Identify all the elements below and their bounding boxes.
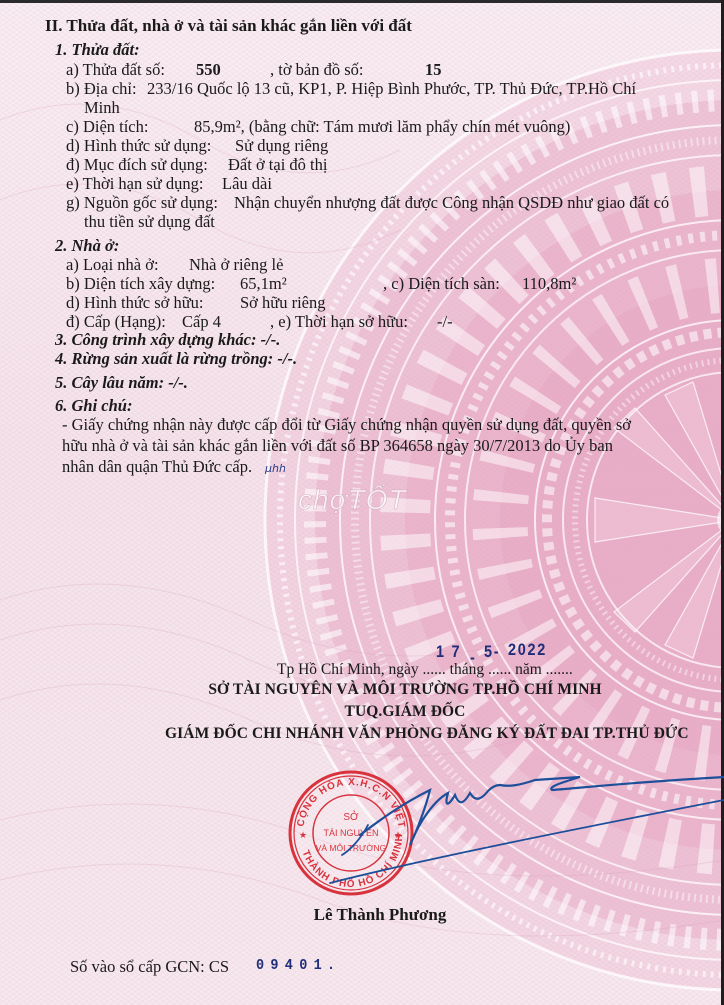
grade-value: Cấp 4 bbox=[182, 312, 221, 332]
area-value: 85,9m², (bằng chữ: Tám mươi lăm phẩy chí… bbox=[194, 117, 570, 137]
other-construction: 3. Công trình xây dựng khác: -/-. bbox=[55, 330, 280, 350]
map-sheet-number: 15 bbox=[425, 60, 442, 80]
production-forest: 4. Rừng sản xuất là rừng trồng: -/-. bbox=[55, 349, 297, 369]
stamped-month: 5- bbox=[484, 642, 500, 662]
stamped-day: 1 7 bbox=[436, 642, 461, 662]
grade-label: đ) Cấp (Hạng): bbox=[66, 312, 166, 332]
section-title: II. Thửa đất, nhà ở và tài sản khác gắn … bbox=[45, 16, 412, 36]
notes-heading: 6. Ghi chú: bbox=[55, 396, 132, 416]
on-behalf-title: TUQ.GIÁM ĐỐC bbox=[160, 702, 650, 722]
built-area-label: b) Diện tích xây dựng: bbox=[66, 274, 215, 294]
perennial-trees: 5. Cây lâu năm: -/-. bbox=[55, 373, 188, 393]
signer-name: Lê Thành Phương bbox=[300, 905, 460, 925]
signature bbox=[320, 765, 724, 895]
parcel-number: 550 bbox=[196, 60, 221, 80]
purpose-label: đ) Mục đích sử dụng: bbox=[66, 155, 208, 175]
address-line2: Minh bbox=[84, 98, 120, 118]
stamped-year: 2022 bbox=[508, 640, 547, 660]
floor-area-value: 110,8m² bbox=[522, 274, 576, 294]
origin-label: g) Nguồn gốc sử dụng: bbox=[66, 193, 218, 213]
handwritten-initials: µhh bbox=[265, 462, 286, 475]
term-label: e) Thời hạn sử dụng: bbox=[66, 174, 203, 194]
issuing-agency: SỞ TÀI NGUYÊN VÀ MÔI TRƯỜNG TP.HỒ CHÍ MI… bbox=[160, 680, 650, 700]
house-type-label: a) Loại nhà ở: bbox=[66, 255, 159, 275]
ownership-label: d) Hình thức sở hữu: bbox=[66, 293, 204, 313]
ownership-term-value: -/- bbox=[437, 312, 453, 332]
notes-line1: - Giấy chứng nhận này được cấp đổi từ Gi… bbox=[62, 415, 631, 435]
usage-form-value: Sử dụng riêng bbox=[235, 136, 328, 156]
ownership-term-label: , e) Thời hạn sở hữu: bbox=[270, 312, 408, 332]
land-heading: 1. Thửa đất: bbox=[55, 40, 140, 60]
built-area-value: 65,1m² bbox=[240, 274, 287, 294]
signer-position: GIÁM ĐỐC CHI NHÁNH VĂN PHÒNG ĐĂNG KÝ ĐẤT… bbox=[165, 724, 689, 744]
parcel-label: a) Thửa đất số: bbox=[66, 60, 165, 80]
area-label: c) Diện tích: bbox=[66, 117, 148, 137]
house-heading: 2. Nhà ở: bbox=[55, 236, 119, 256]
floor-area-label: , c) Diện tích sàn: bbox=[383, 274, 500, 294]
usage-form-label: d) Hình thức sử dụng: bbox=[66, 136, 211, 156]
svg-text:★: ★ bbox=[299, 830, 307, 840]
address-line1: 233/16 Quốc lộ 13 cũ, KP1, P. Hiệp Bình … bbox=[147, 79, 636, 99]
chotot-watermark: chợTỐT bbox=[298, 484, 406, 516]
house-type-value: Nhà ở riêng lẻ bbox=[189, 255, 283, 275]
notes-line2: hữu nhà ở và tài sản khác gắn liền với đ… bbox=[62, 436, 613, 456]
registry-number: 09401 bbox=[256, 957, 328, 974]
term-value: Lâu dài bbox=[222, 174, 272, 194]
certificate-content: II. Thửa đất, nhà ở và tài sản khác gắn … bbox=[0, 0, 724, 1005]
address-label: b) Địa chỉ: bbox=[66, 79, 137, 99]
origin-value-line1: Nhận chuyển nhượng đất được Công nhận QS… bbox=[234, 193, 669, 213]
ownership-value: Sở hữu riêng bbox=[240, 293, 326, 313]
origin-value-line2: thu tiền sử dụng đất bbox=[84, 212, 215, 232]
notes-line3: nhân dân quận Thủ Đức cấp. bbox=[62, 457, 252, 477]
registry-suffix: . bbox=[327, 957, 341, 974]
date-line: Tp Hồ Chí Minh, ngày ...... tháng ......… bbox=[277, 660, 573, 680]
registry-label: Số vào sổ cấp GCN: CS bbox=[70, 957, 229, 977]
map-sheet-label: , tờ bản đồ số: bbox=[270, 60, 364, 80]
purpose-value: Đất ở tại đô thị bbox=[228, 155, 327, 175]
